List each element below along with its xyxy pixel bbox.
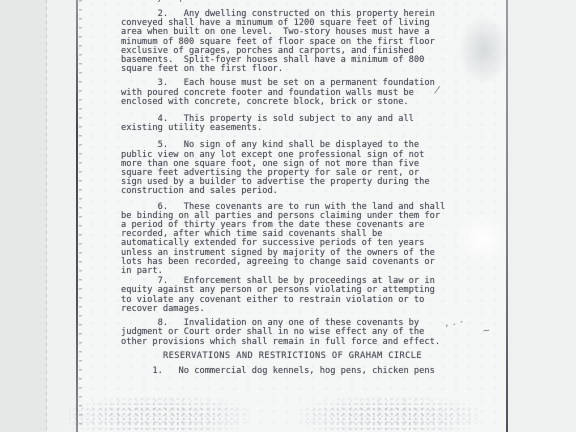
smudge-right xyxy=(300,397,478,432)
scanner-margin-right xyxy=(507,0,576,432)
covenant-paragraph-2: 2. Any dwelling constructed on this prop… xyxy=(121,10,466,74)
section-heading: RESERVATIONS AND RESTRICTIONS OF GRAHAM … xyxy=(121,352,466,361)
covenant-paragraph-3: 3. Each house must be set on a permanent… xyxy=(121,79,466,107)
page-edge-line-left xyxy=(76,0,78,432)
page-gutter xyxy=(46,0,76,432)
covenant-paragraph-5: 5. No sign of any kind shall be displaye… xyxy=(121,141,466,196)
covenant-paragraph-7: 7. Enforcement shall be by proceedings a… xyxy=(121,277,466,314)
covenant-paragraph-8: 8. Invalidation on any one of these cove… xyxy=(121,319,466,347)
page-edge-faint-line xyxy=(46,0,47,432)
pen-dash-mark: ~ xyxy=(482,326,490,337)
restriction-item-1: 1. No commercial dog kennels, hog pens, … xyxy=(121,367,466,376)
covenant-paragraph-4: 4. This property is sold subject to any … xyxy=(121,115,466,133)
page-edge-line-right xyxy=(506,0,508,432)
covenant-paragraph-6: 6. These covenants are to run with the l… xyxy=(121,203,466,277)
document-text: 2. Any dwelling constructed on this prop… xyxy=(121,0,466,376)
page-edge-ticks xyxy=(79,0,82,432)
scanned-document-page: y p 2. Any dwelling constructed on this … xyxy=(0,0,576,432)
scanner-margin-left xyxy=(0,0,46,432)
smudge-left xyxy=(68,397,248,432)
